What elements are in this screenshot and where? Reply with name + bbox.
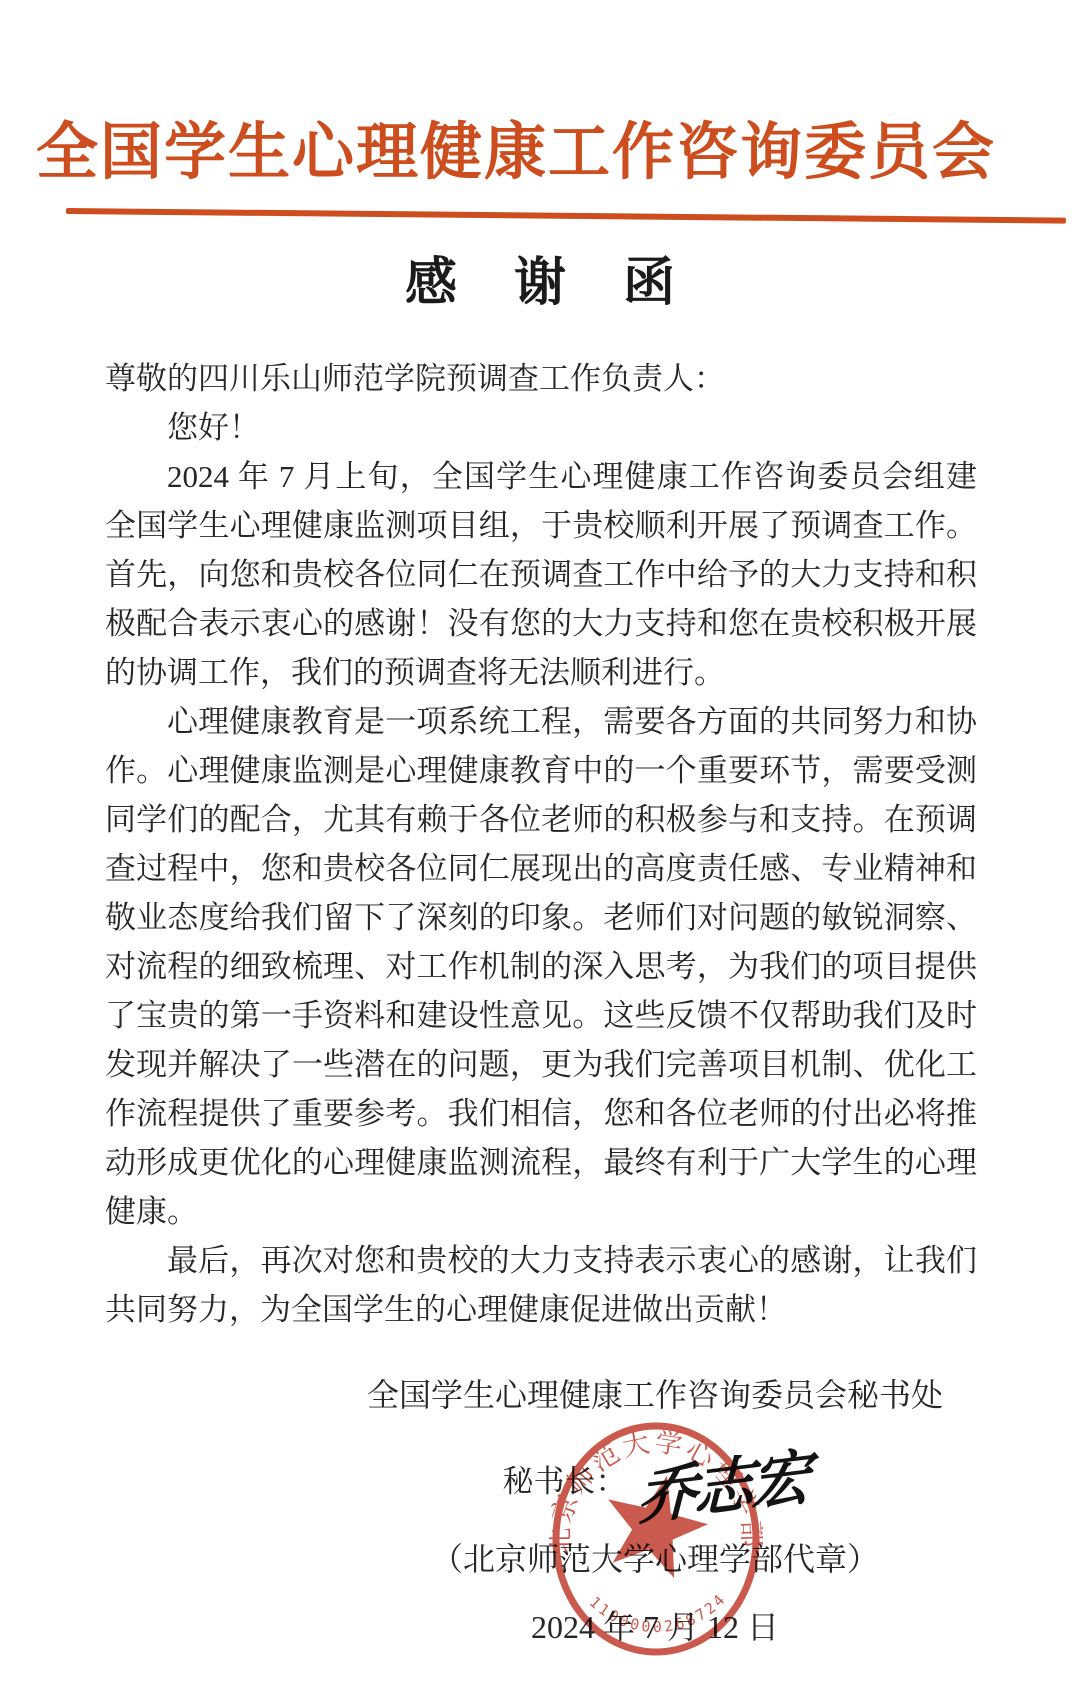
letterhead-rule (66, 208, 1066, 224)
letterhead-title: 全国学生心理健康工作咨询委员会 (0, 102, 1056, 191)
greeting: 您好！ (105, 403, 977, 452)
seal-number: 1100000268724 (586, 1589, 731, 1636)
official-seal-stamp-icon: 北京师范大学心理学部 1100000268724 (549, 1418, 763, 1660)
letter-body: 尊敬的四川乐山师范学院预调查工作负责人： 您好！ 2024 年 7 月上旬，全国… (105, 354, 977, 1334)
seal-star-icon (594, 1463, 717, 1583)
paragraph-3: 最后，再次对您和贵校的大力支持表示衷心的感谢，让我们共同努力，为全国学生的心理健… (105, 1236, 977, 1334)
salutation: 尊敬的四川乐山师范学院预调查工作负责人： (105, 354, 977, 403)
paragraph-2: 心理健康教育是一项系统工程，需要各方面的共同努力和协作。心理健康监测是心理健康教… (105, 697, 977, 1236)
letter-title: 感 谢 函 (0, 240, 1080, 315)
paragraph-1: 2024 年 7 月上旬，全国学生心理健康工作咨询委员会组建全国学生心理健康监测… (105, 452, 977, 697)
letter-page: 全国学生心理健康工作咨询委员会 感 谢 函 尊敬的四川乐山师范学院预调查工作负责… (0, 0, 1080, 1704)
signature-org-line: 全国学生心理健康工作咨询委员会秘书处 (230, 1370, 1080, 1416)
svg-text:1100000268724: 1100000268724 (586, 1589, 731, 1636)
